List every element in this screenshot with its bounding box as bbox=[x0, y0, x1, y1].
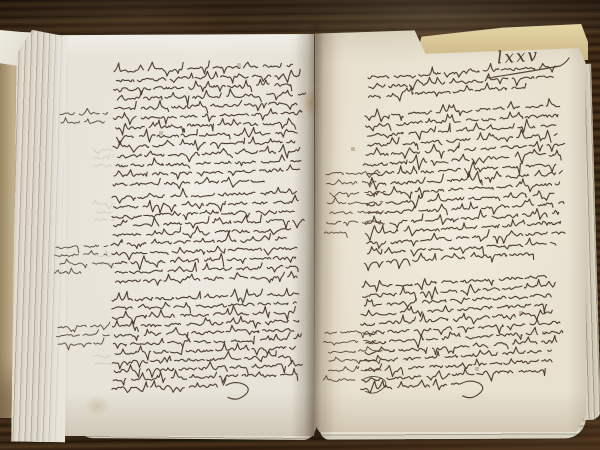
ghost-text-4 bbox=[93, 355, 112, 364]
gutter-fold-shadow bbox=[292, 24, 338, 438]
left-margin-note-1 bbox=[60, 109, 108, 124]
ghost-text-3 bbox=[95, 251, 114, 268]
right-paragraph-1 bbox=[363, 99, 565, 271]
left-margin-note-3 bbox=[57, 322, 110, 350]
left-paragraph-3 bbox=[112, 289, 302, 400]
right-header bbox=[368, 63, 556, 101]
manuscript-photo: lxxv bbox=[0, 0, 600, 450]
left-paragraph-2 bbox=[111, 187, 304, 285]
ghost-text-1 bbox=[93, 149, 114, 167]
ghost-text-2 bbox=[93, 200, 115, 220]
folio-number: lxxv bbox=[496, 46, 540, 69]
left-paragraph-1 bbox=[113, 61, 306, 189]
right-paragraph-2 bbox=[361, 276, 563, 398]
left-margin-note-2 bbox=[55, 245, 114, 274]
